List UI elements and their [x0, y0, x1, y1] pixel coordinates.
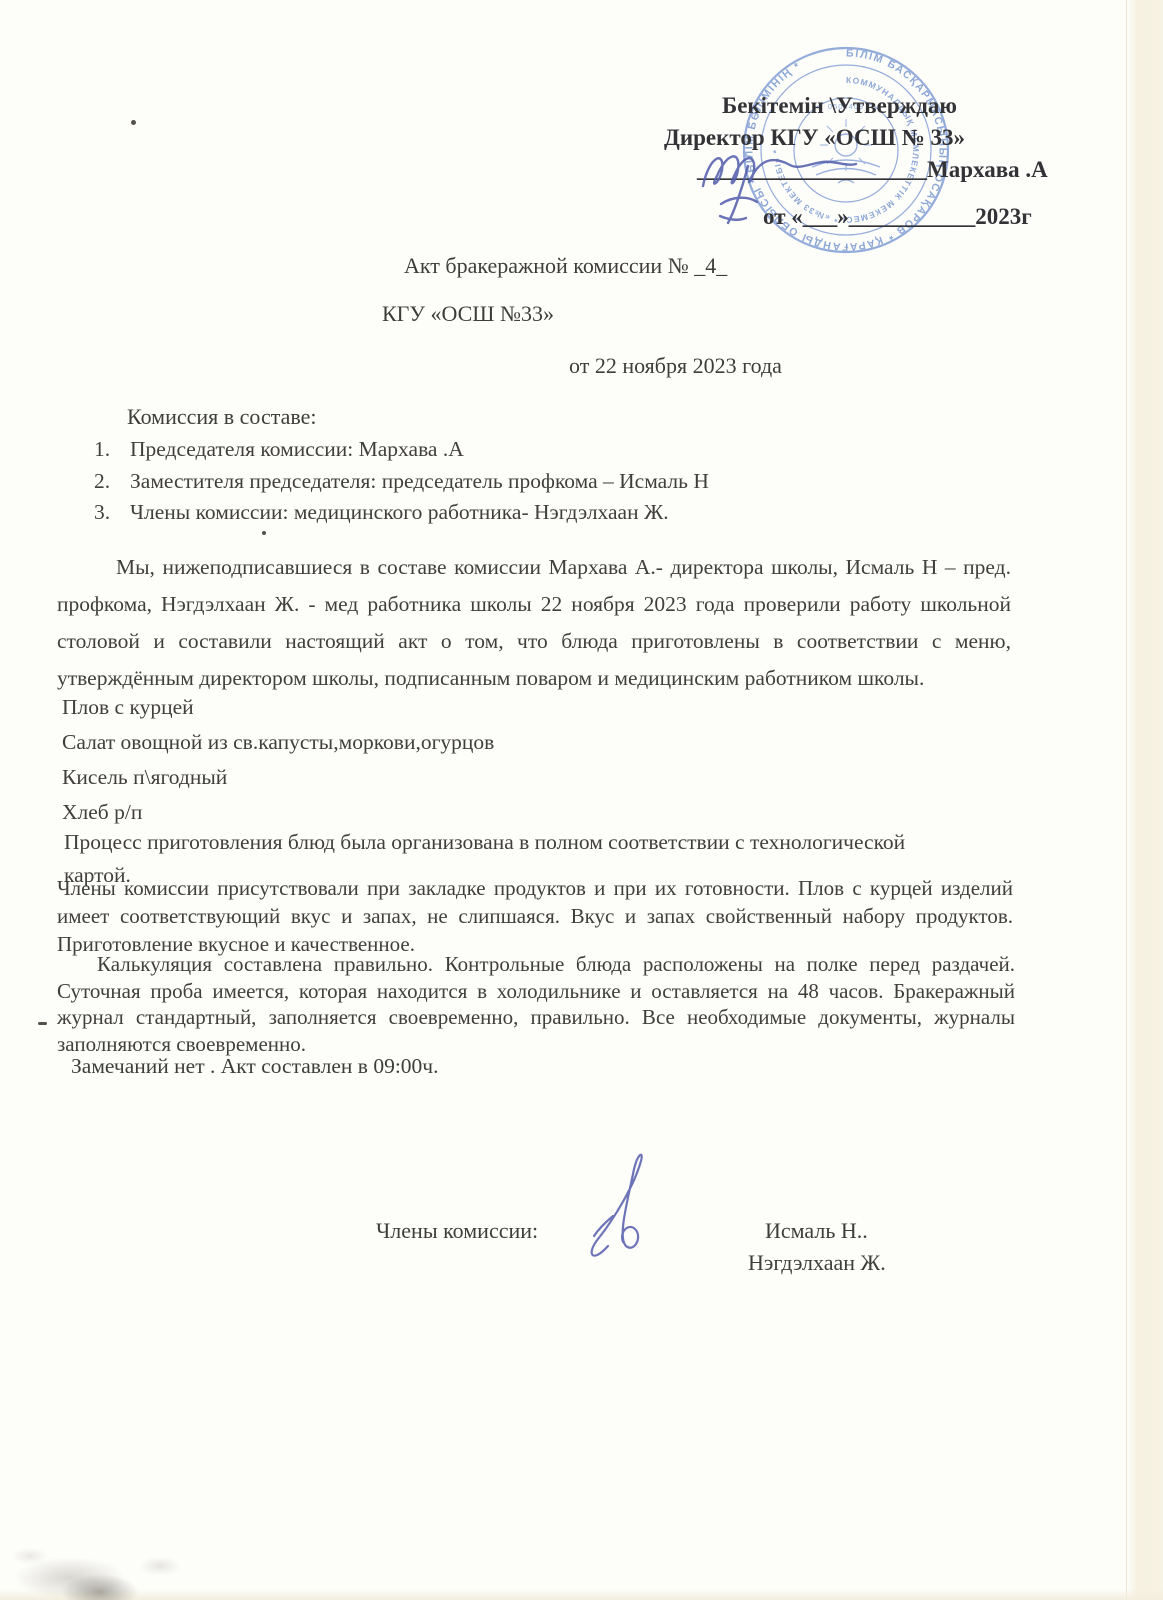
document-page: БІЛІМ БАСҚАРМАСЫНЫҢ ОСАҚАРОВ * ҚАРАҒАНДЫ… [0, 0, 1163, 1600]
footer-member-1: Исмаль Н.. [765, 1218, 868, 1244]
director-name: Мархава .А [927, 157, 1048, 183]
menu-list: Плов с курцей Салат овощной из св.капуст… [62, 690, 494, 830]
calculation-paragraph: Калькуляция составлена правильно. Контро… [57, 951, 1015, 1057]
commission-item: 3. Члены комиссии: медицинского работник… [94, 497, 709, 529]
body-paragraph: Мы, нижеподписавшиеся в составе комиссии… [57, 549, 1011, 697]
item-number: 2. [94, 466, 130, 498]
footer-member-2: Нэгдэлхаан Ж. [748, 1250, 886, 1276]
scan-speck [38, 1022, 47, 1025]
commission-item: 2. Заместителя председателя: председател… [94, 466, 709, 498]
scan-speck [131, 120, 136, 125]
item-number: 3. [94, 497, 130, 529]
tasting-paragraph: Члены комиссии присутствовали при заклад… [57, 874, 1013, 958]
scan-smudge [0, 1516, 210, 1600]
act-date: от 22 ноября 2023 года [569, 353, 782, 379]
approval-line-kk-ru: Бекітемін \Утверждаю [722, 93, 957, 119]
scan-edge-right [1126, 0, 1163, 1600]
menu-item: Плов с курцей [62, 690, 494, 725]
commission-heading: Комиссия в составе: [127, 404, 317, 430]
menu-item: Кисель п\ягодный [62, 760, 494, 795]
commission-item: 1. Председателя комиссии: Мархава .А [94, 434, 709, 466]
act-title: Акт бракеражной комиссии № _4_ [404, 253, 727, 279]
item-number: 1. [94, 434, 130, 466]
scan-speck [262, 531, 266, 535]
organization-name: КГУ «ОСШ №33» [382, 301, 554, 327]
item-text: Председателя комиссии: Мархава .А [130, 434, 464, 466]
menu-item: Салат овощной из св.капусты,моркови,огур… [62, 725, 494, 760]
director-signature-ink [693, 128, 893, 232]
item-text: Члены комиссии: медицинского работника- … [130, 497, 669, 529]
menu-item: Хлеб р/п [62, 795, 494, 830]
remarks-line: Замечаний нет . Акт составлен в 09:00ч. [71, 1054, 438, 1079]
footer-label: Члены комиссии: [376, 1218, 538, 1244]
item-text: Заместителя председателя: председатель п… [130, 466, 709, 498]
member-signature-ink [582, 1146, 682, 1276]
commission-list: 1. Председателя комиссии: Мархава .А 2. … [94, 434, 709, 529]
